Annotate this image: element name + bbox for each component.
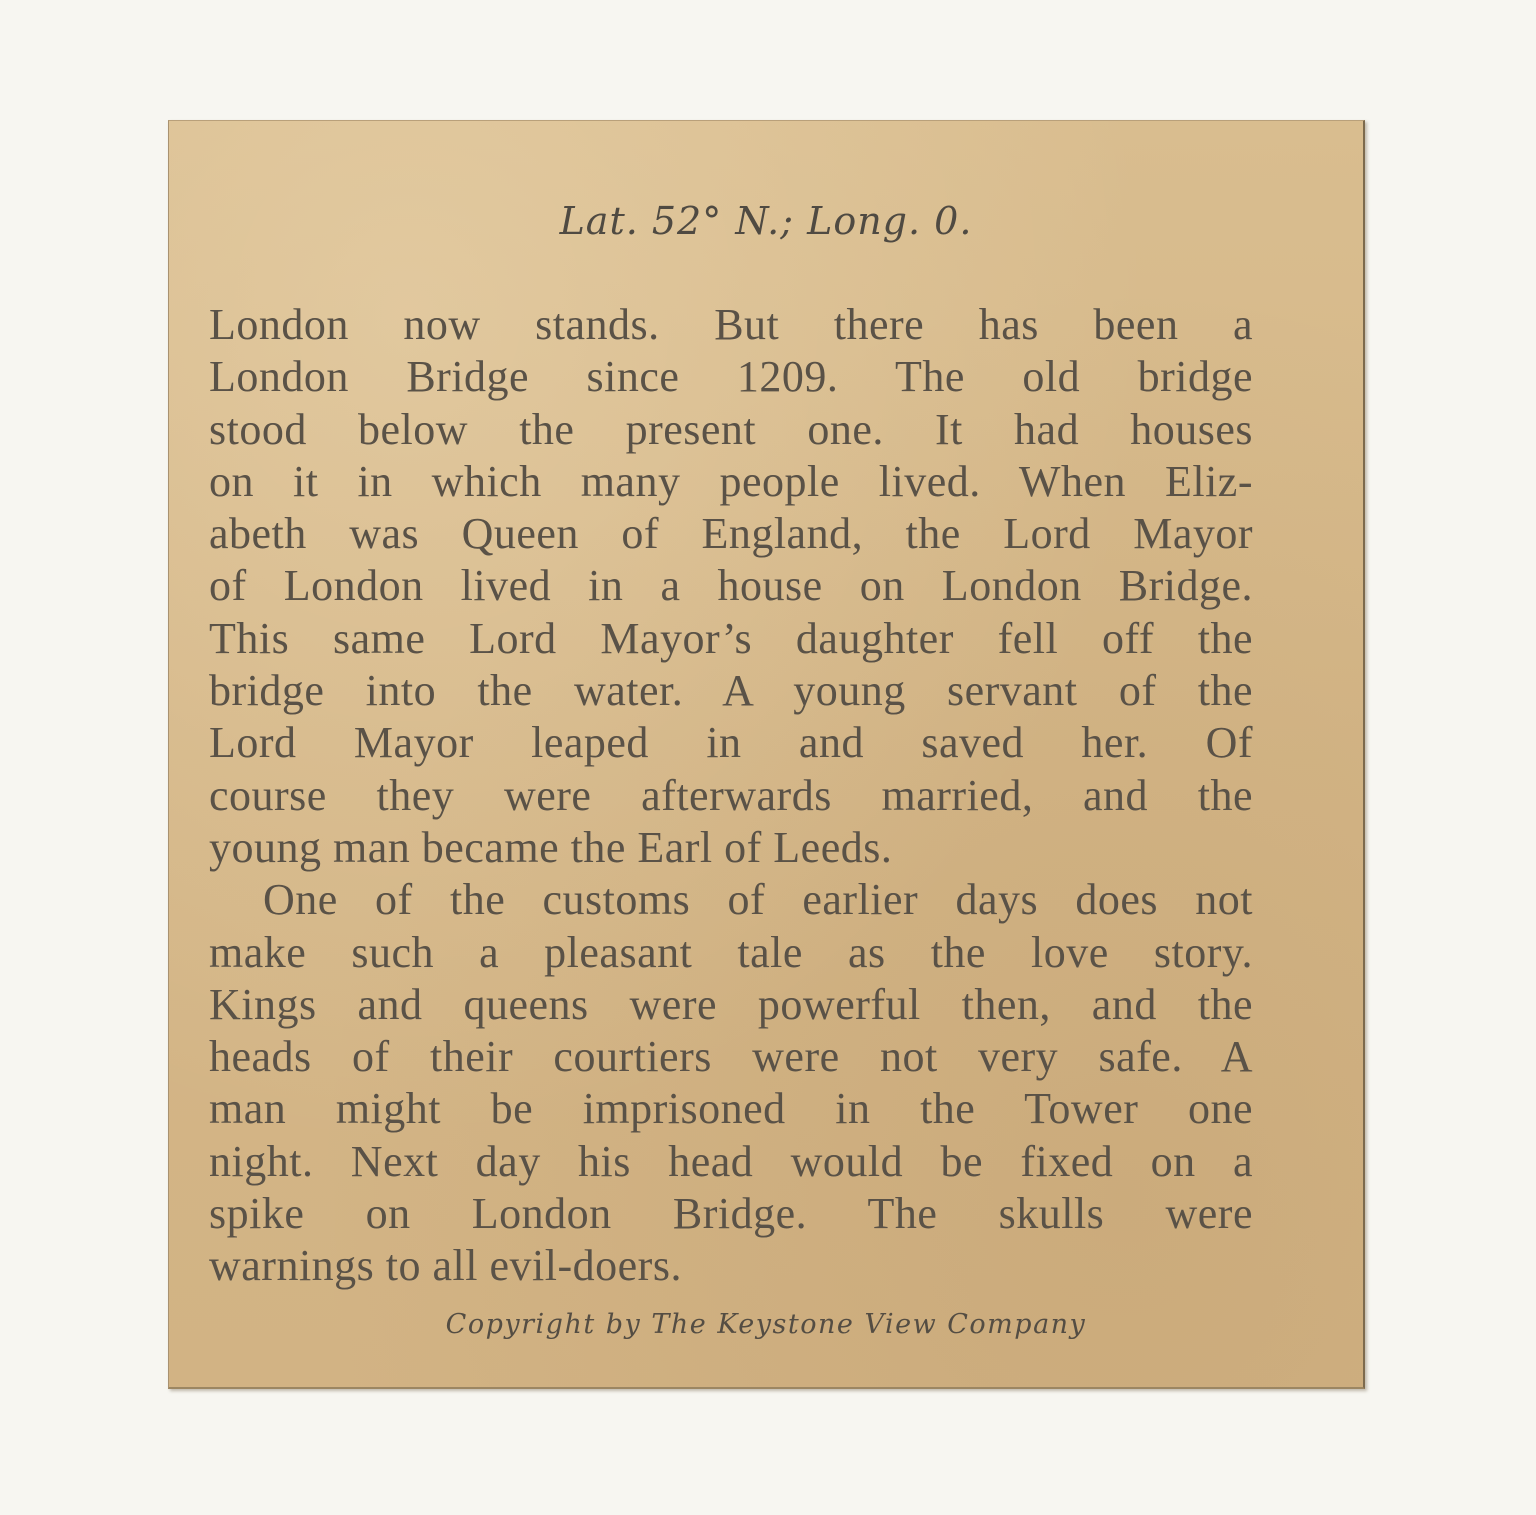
copyright-notice: Copyright by The Keystone View Company xyxy=(169,1309,1363,1340)
text-line: One of the customs of earlier days does … xyxy=(209,874,1253,926)
keystone-stereoview-card-back: Lat. 52° N.; Long. 0. London now stands.… xyxy=(168,120,1365,1389)
text-line: of London lived in a house on London Bri… xyxy=(209,560,1253,612)
text-line: make such a pleasant tale as the love st… xyxy=(209,927,1253,979)
text-line: course they were afterwards married, and… xyxy=(209,770,1253,822)
text-line: Lord Mayor leaped in and saved her. Of xyxy=(209,717,1253,769)
paragraph-2: One of the customs of earlier days does … xyxy=(209,874,1253,1292)
text-line: bridge into the water. A young servant o… xyxy=(209,665,1253,717)
text-line: London now stands. But there has been a xyxy=(209,299,1253,351)
text-line: Kings and queens were powerful then, and… xyxy=(209,979,1253,1031)
coordinates-heading: Lat. 52° N.; Long. 0. xyxy=(169,199,1363,243)
text-line: man might be imprisoned in the Tower one xyxy=(209,1083,1253,1135)
text-line: warnings to all evil-doers. xyxy=(209,1240,1253,1292)
text-line: spike on London Bridge. The skulls were xyxy=(209,1188,1253,1240)
text-line: heads of their courtiers were not very s… xyxy=(209,1031,1253,1083)
text-line: abeth was Queen of England, the Lord May… xyxy=(209,508,1253,560)
text-line: night. Next day his head would be fixed … xyxy=(209,1136,1253,1188)
text-line: London Bridge since 1209. The old bridge xyxy=(209,351,1253,403)
text-line: This same Lord Mayor’s daughter fell off… xyxy=(209,613,1253,665)
text-line: stood below the present one. It had hous… xyxy=(209,404,1253,456)
paragraph-1: London now stands. But there has been a … xyxy=(209,299,1253,874)
text-line: on it in which many people lived. When E… xyxy=(209,456,1253,508)
card-body-text: London now stands. But there has been a … xyxy=(209,299,1253,1293)
text-line: young man became the Earl of Leeds. xyxy=(209,822,1253,874)
